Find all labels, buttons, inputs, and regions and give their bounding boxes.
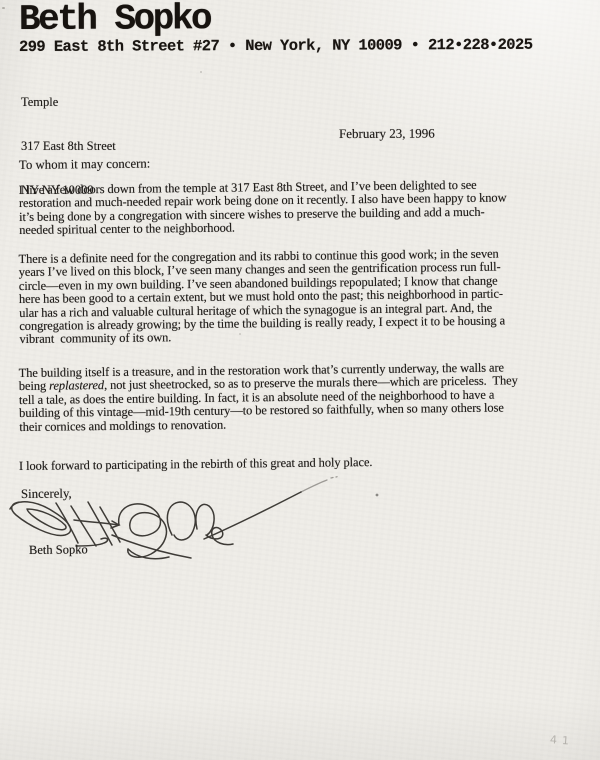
date-line: February 23, 1996 bbox=[339, 126, 435, 142]
paragraph-3: The building itself is a treasure, and i… bbox=[19, 361, 519, 434]
scan-speck bbox=[239, 333, 241, 335]
body-text: being bbox=[19, 379, 49, 393]
salutation: To whom it may concern: bbox=[19, 157, 150, 173]
letterhead-address: 299 East 8th Street #27 • New York, NY 1… bbox=[19, 37, 532, 56]
letterhead-name: Beth Sopko bbox=[19, 0, 210, 40]
scan-speck bbox=[2, 7, 5, 9]
paragraph-2: There is a definite need for the congreg… bbox=[18, 247, 505, 346]
recipient-street: 317 East 8th Street bbox=[21, 139, 116, 154]
valediction: Sincerely, bbox=[21, 486, 72, 502]
body-line: I look forward to participating in the r… bbox=[19, 456, 373, 473]
body-line: vibrant community of its own. bbox=[19, 328, 505, 347]
corner-annotation: 41 bbox=[550, 733, 575, 748]
paragraph-1: I live a few doors down from the temple … bbox=[19, 178, 507, 237]
typed-name: Beth Sopko bbox=[29, 542, 88, 558]
paragraph-4: I look forward to participating in the r… bbox=[19, 456, 373, 473]
recipient-name: Temple bbox=[21, 95, 116, 110]
letter-page: Beth Sopko 299 East 8th Street #27 • New… bbox=[0, 0, 600, 760]
italic-word: replastered bbox=[49, 378, 104, 393]
signature-scrawl bbox=[0, 465, 400, 585]
scan-speck bbox=[200, 71, 202, 73]
body-line: needed spiritual center to the neighborh… bbox=[19, 219, 507, 238]
